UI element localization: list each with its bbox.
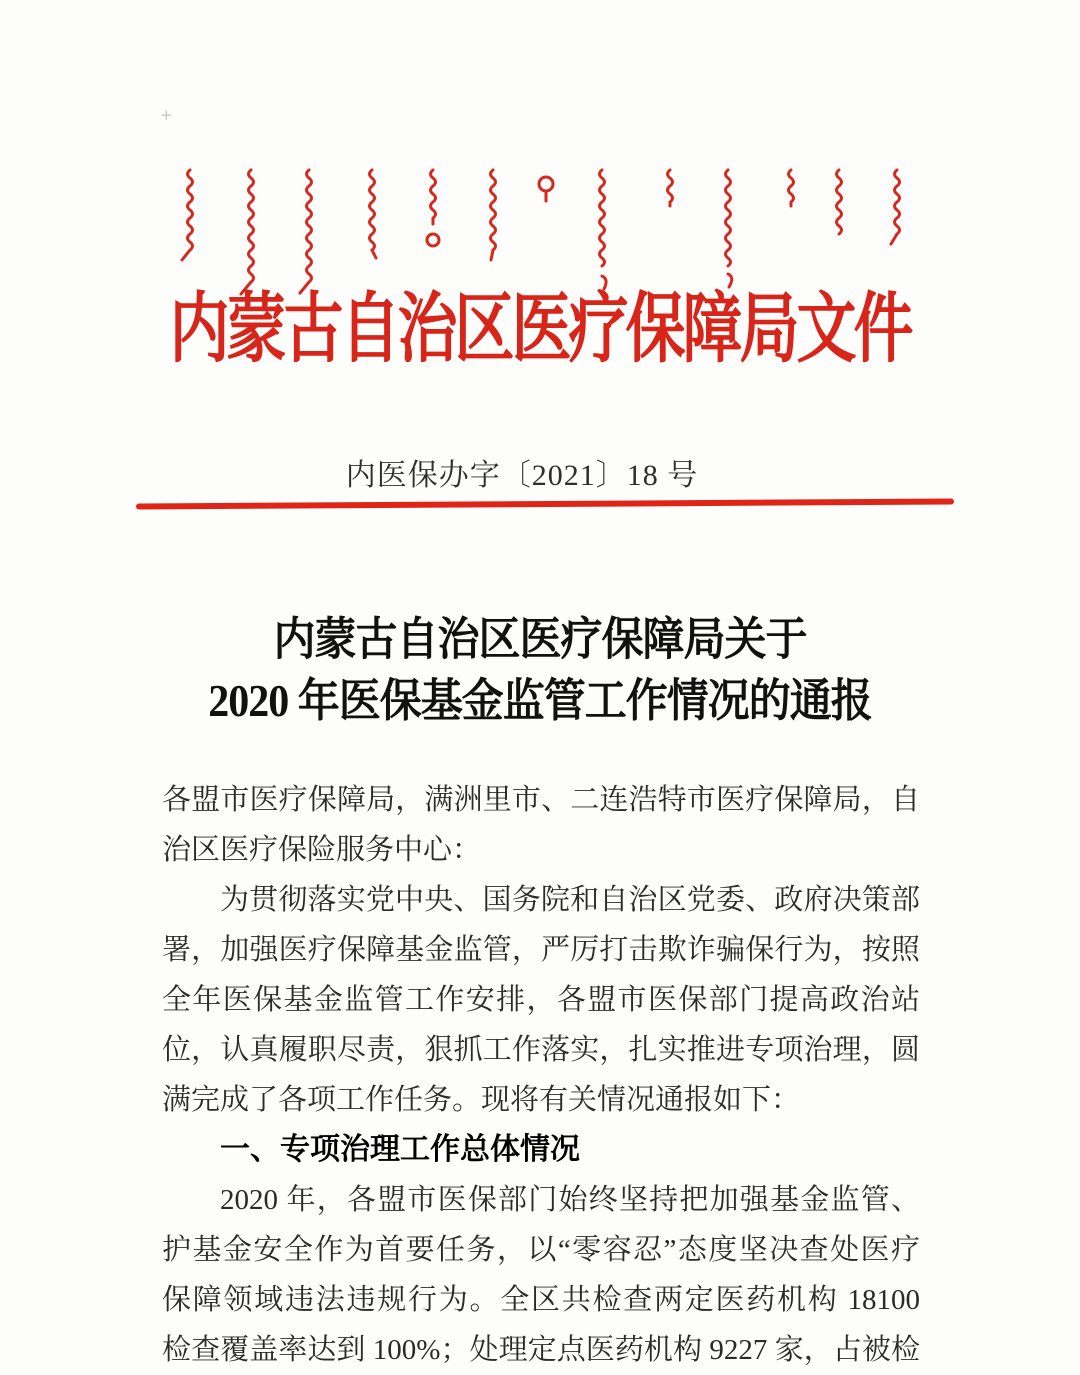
body-line: 满完成了各项工作任务。现将有关情况通报如下：: [162, 1075, 920, 1125]
body-line: 位，认真履职尽责，狠抓工作落实，扎实推进专项治理，圆: [162, 1025, 920, 1075]
document-title: 内蒙古自治区医疗保障局关于 2020 年医保基金监管工作情况的通报: [0, 610, 1080, 733]
red-divider-rule: [136, 499, 954, 510]
body-line: 为贯彻落实党中央、国务院和自治区党委、政府决策部: [162, 875, 920, 925]
body-line: 全年医保基金监管工作安排，各盟市医保部门提高政治站: [162, 975, 920, 1025]
agency-header-title: 内蒙古自治区医疗保障局文件: [0, 268, 1080, 378]
body-line: 护基金安全作为首要任务，以“零容忍”态度坚决查处医疗: [162, 1225, 920, 1275]
document-page: + 内蒙古自治区医疗保障局: [0, 0, 1080, 1375]
section-heading: 一、专项治理工作总体情况: [162, 1125, 920, 1175]
body-line: 治区医疗保险服务中心：: [162, 825, 920, 875]
document-title-line2: 2020 年医保基金监管工作情况的通报: [0, 672, 1080, 734]
body-line: 署，加强医疗保障基金监管，严厉打击欺诈骗保行为，按照: [162, 925, 920, 975]
body-line: 检查覆盖率达到 100%；处理定点医药机构 9227 家，占被检: [162, 1325, 920, 1375]
body-line: 各盟市医疗保障局，满洲里市、二连浩特市医疗保障局，自: [162, 775, 920, 825]
scan-artifact-mark: +: [160, 106, 173, 124]
body-line: 保障领域违法违规行为。全区共检查两定医药机构 18100 家，: [162, 1275, 920, 1325]
document-title-line1: 内蒙古自治区医疗保障局关于: [0, 610, 1080, 672]
document-body: 各盟市医疗保障局，满洲里市、二连浩特市医疗保障局，自 治区医疗保险服务中心： 为…: [162, 775, 920, 1375]
body-line: 2020 年，各盟市医保部门始终坚持把加强基金监管、维: [162, 1175, 920, 1225]
document-number: 内医保办字〔2021〕18 号: [0, 450, 1044, 494]
